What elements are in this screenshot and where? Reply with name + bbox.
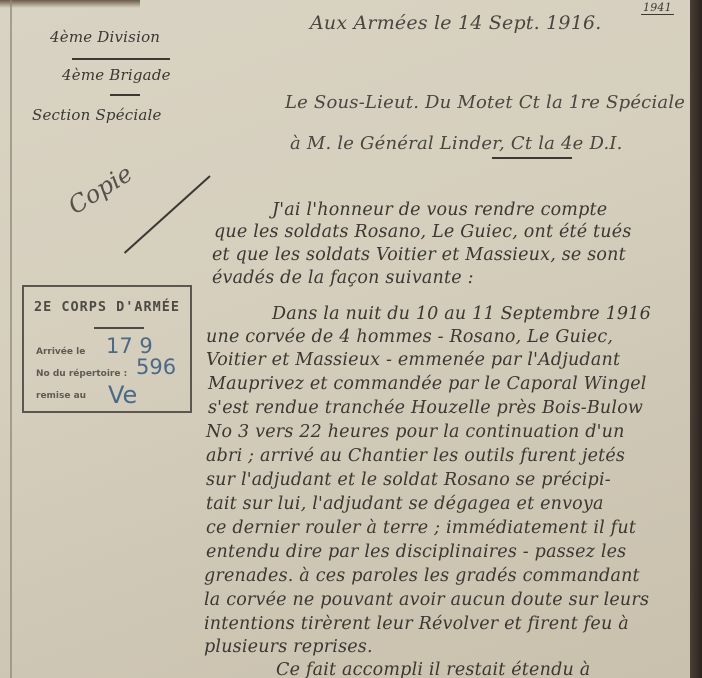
body-line: grenades. à ces paroles les gradés comma… (204, 566, 640, 586)
body-line: et que les soldats Voitier et Massieux, … (212, 245, 626, 265)
stamp-arrived-label: Arrivée le (36, 347, 85, 357)
sender-line: Le Sous-Lieut. Du Motet Ct la 1re Spécia… (285, 92, 685, 113)
document-page: 4ème Division 4ème Brigade Section Spéci… (0, 0, 690, 678)
stamp-register-value: 596 (136, 355, 176, 379)
body-line: Voitier et Massieux - emmenée par l'Adju… (206, 350, 620, 370)
body-line: sur l'adjudant et le soldat Rosano se pr… (206, 470, 611, 490)
body-line: abri ; arrivé au Chantier les outils fur… (206, 446, 625, 466)
stamp-remitted-label: remise au (36, 391, 86, 401)
body-line: Ce fait accompli il restait étendu à (276, 660, 590, 678)
reception-stamp: 2E CORPS D'ARMÉE Arrivée le 17 9 No du r… (22, 285, 192, 413)
header-division: 4ème Division (50, 28, 160, 46)
body-line: ce dernier rouler à terre ; immédiatemen… (206, 518, 636, 538)
body-line: la corvée ne pouvant avoir aucun doute s… (204, 590, 649, 610)
recipient-underline (492, 157, 572, 159)
header-rule (72, 58, 170, 60)
body-line: entendu dire par les disciplinaires - pa… (206, 542, 626, 562)
copy-mark: Copie (63, 159, 137, 220)
body-line: J'ai l'honneur de vous rendre compte (272, 200, 607, 220)
body-line: No 3 vers 22 heures pour la continuation… (206, 422, 625, 442)
body-line: intentions tirèrent leur Révolver et fir… (204, 614, 629, 634)
stamp-title: 2E CORPS D'ARMÉE (24, 299, 190, 315)
page-shadow (0, 0, 140, 8)
body-line: évadés de la façon suivante : (212, 268, 474, 288)
reference-number: 1941 (641, 1, 674, 15)
body-line: Dans la nuit du 10 au 11 Septembre 1916 (272, 304, 651, 324)
header-brigade: 4ème Brigade (62, 66, 171, 84)
body-line: plusieurs reprises. (204, 637, 373, 657)
stamp-register-label: No du répertoire : (36, 369, 127, 379)
stamp-remitted-value: Ve (108, 381, 137, 409)
body-line: s'est rendue tranchée Houzelle près Bois… (208, 398, 643, 418)
body-line: Mauprivez et commandée par le Caporal Wi… (208, 374, 647, 394)
body-line: une corvée de 4 hommes - Rosano, Le Guie… (206, 327, 613, 347)
page-edge-shadow (690, 0, 702, 678)
stamp-rule (94, 327, 144, 329)
header-rule-short (110, 94, 140, 96)
margin-fold-line (10, 0, 12, 678)
body-line: que les soldats Rosano, Le Guiec, ont ét… (214, 222, 632, 242)
header-section: Section Spéciale (32, 106, 162, 124)
dateline: Aux Armées le 14 Sept. 1916. (310, 12, 602, 34)
copy-strike-line (124, 175, 211, 253)
recipient-line: à M. le Général Linder, Ct la 4e D.I. (290, 133, 623, 154)
body-line: tait sur lui, l'adjudant se dégagea et e… (206, 494, 604, 514)
